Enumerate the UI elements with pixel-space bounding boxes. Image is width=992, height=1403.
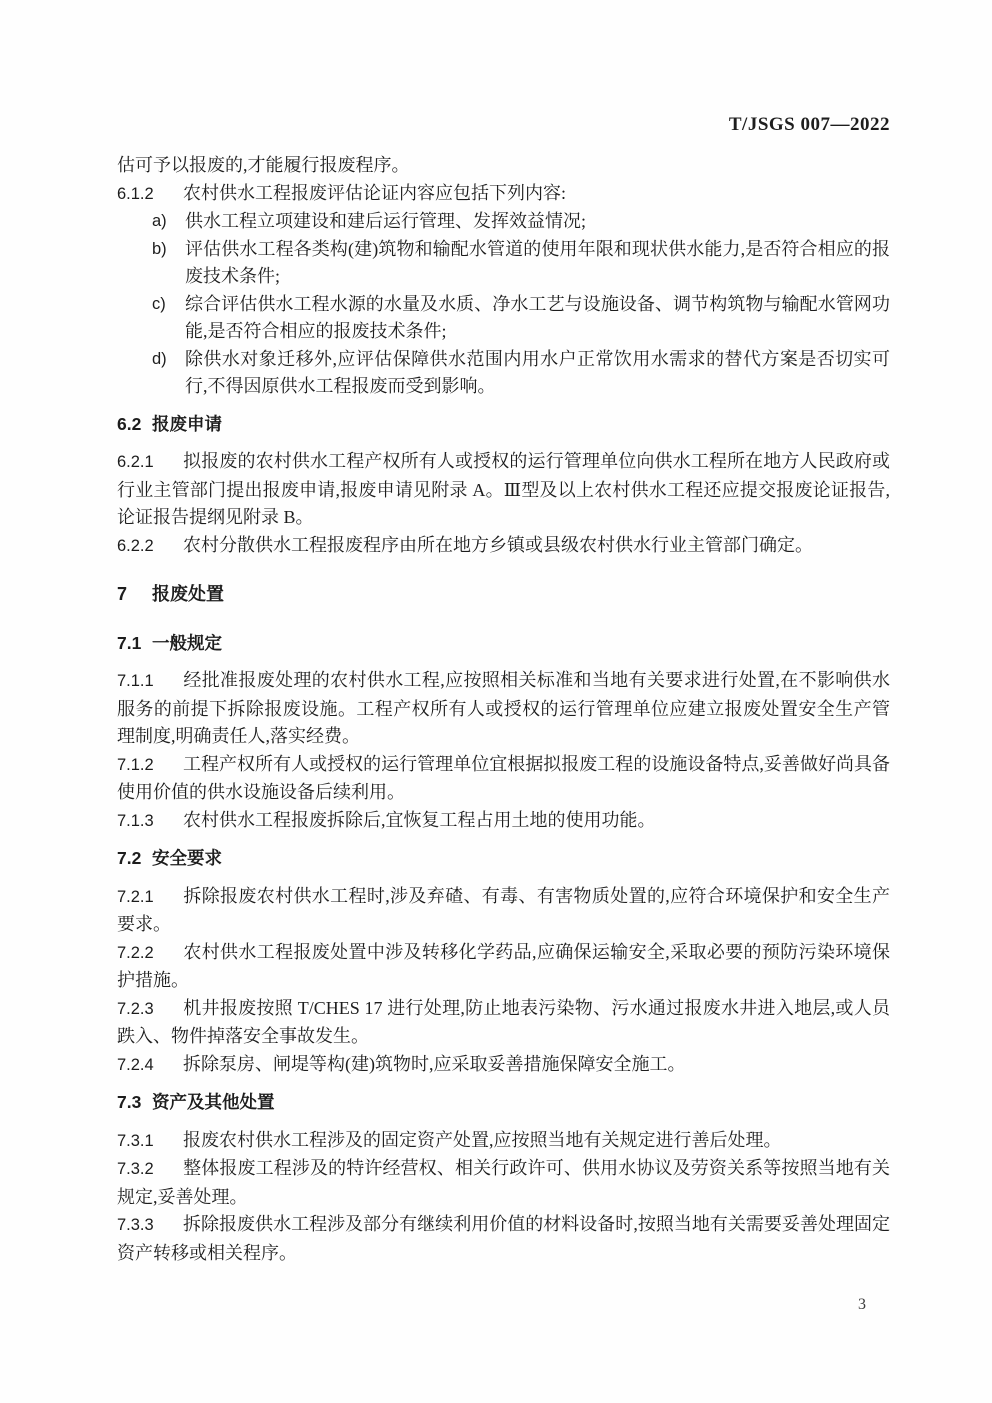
heading-title: 一般规定 <box>152 633 222 653</box>
list-item-marker: b) <box>152 236 167 264</box>
clause-number: 7.3.3 <box>117 1212 183 1240</box>
clause-number: 6.2.2 <box>117 533 183 561</box>
heading-title: 安全要求 <box>152 848 222 868</box>
list-item-marker: d) <box>152 346 167 374</box>
list-item-marker: a) <box>152 208 167 236</box>
clause-7-2-2: 7.2.2农村供水工程报废处置中涉及转移化学药品,应确保运输安全,采取必要的预防… <box>117 939 890 995</box>
clause-number: 6.1.2 <box>117 181 183 209</box>
intro-continuation-line: 估可予以报废的,才能履行报废程序。 <box>117 152 890 180</box>
clause-text: 机井报废按照 T/CHES 17 进行处理,防止地表污染物、污水通过报废水井进入… <box>117 998 890 1047</box>
chapter-7-heading: 7报废处置 <box>117 581 890 609</box>
heading-title: 资产及其他处置 <box>152 1092 275 1112</box>
heading-number: 6.2 <box>117 411 152 439</box>
heading-7-1: 7.1一般规定 <box>117 630 890 658</box>
clause-6-1-2: 6.1.2农村供水工程报废评估论证内容应包括下列内容: <box>117 180 890 209</box>
heading-number: 7.2 <box>117 845 152 873</box>
list-item-d: d) 除供水对象迁移外,应评估保障供水范围内用水户正常饮用水需求的替代方案是否切… <box>117 346 890 401</box>
clause-6-2-2: 6.2.2农村分散供水工程报废程序由所在地方乡镇或县级农村供水行业主管部门确定。 <box>117 532 890 561</box>
clause-7-2-3: 7.2.3机井报废按照 T/CHES 17 进行处理,防止地表污染物、污水通过报… <box>117 995 890 1051</box>
list-item-text: 综合评估供水工程水源的水量及水质、净水工艺与设施设备、调节构筑物与输配水管网功能… <box>185 294 890 342</box>
clause-number: 7.3.1 <box>117 1128 183 1156</box>
clause-text: 农村供水工程报废拆除后,宜恢复工程占用土地的使用功能。 <box>183 810 656 830</box>
heading-7-3: 7.3资产及其他处置 <box>117 1089 890 1117</box>
clause-6-2-1: 6.2.1拟报废的农村供水工程产权所有人或授权的运行管理单位向供水工程所在地方人… <box>117 448 890 532</box>
clause-text: 拆除报废供水工程涉及部分有继续利用价值的材料设备时,按照当地有关需要妥善处理固定… <box>117 1214 890 1263</box>
chapter-title: 报废处置 <box>152 584 224 604</box>
clause-text: 拆除报废农村供水工程时,涉及弃碴、有毒、有害物质处置的,应符合环境保护和安全生产… <box>117 886 890 935</box>
clause-number: 7.2.1 <box>117 884 183 912</box>
clause-text: 工程产权所有人或授权的运行管理单位宜根据拟报废工程的设施设备特点,妥善做好尚具备… <box>117 754 890 803</box>
list-item-a: a) 供水工程立项建设和建后运行管理、发挥效益情况; <box>117 208 890 236</box>
clause-number: 7.1.2 <box>117 752 183 780</box>
page-content: T/JSGS 007—2022 估可予以报废的,才能履行报废程序。 6.1.2农… <box>117 112 890 1267</box>
page-number: 3 <box>858 1295 866 1315</box>
clause-number: 6.2.1 <box>117 449 183 477</box>
list-item-text: 除供水对象迁移外,应评估保障供水范围内用水户正常饮用水需求的替代方案是否切实可行… <box>185 349 890 397</box>
clause-text: 农村供水工程报废处置中涉及转移化学药品,应确保运输安全,采取必要的预防污染环境保… <box>117 942 890 991</box>
clause-7-1-2: 7.1.2工程产权所有人或授权的运行管理单位宜根据拟报废工程的设施设备特点,妥善… <box>117 751 890 807</box>
list-item-text: 供水工程立项建设和建后运行管理、发挥效益情况; <box>185 211 586 231</box>
clause-number: 7.2.2 <box>117 940 183 968</box>
clause-7-3-2: 7.3.2整体报废工程涉及的特许经营权、相关行政许可、供用水协议及劳资关系等按照… <box>117 1155 890 1211</box>
heading-title: 报废申请 <box>152 414 222 434</box>
heading-6-2: 6.2报废申请 <box>117 411 890 439</box>
heading-7-2: 7.2安全要求 <box>117 845 890 873</box>
clause-number: 7.1.1 <box>117 668 183 696</box>
clause-7-1-3: 7.1.3农村供水工程报废拆除后,宜恢复工程占用土地的使用功能。 <box>117 807 890 836</box>
list-item-text: 评估供水工程各类构(建)筑物和输配水管道的使用年限和现状供水能力,是否符合相应的… <box>185 239 890 287</box>
clause-text: 拆除泵房、闸堤等构(建)筑物时,应采取妥善措施保障安全施工。 <box>183 1054 686 1074</box>
clause-7-3-1: 7.3.1报废农村供水工程涉及的固定资产处置,应按照当地有关规定进行善后处理。 <box>117 1127 890 1156</box>
list-item-c: c) 综合评估供水工程水源的水量及水质、净水工艺与设施设备、调节构筑物与输配水管… <box>117 291 890 346</box>
list-item-b: b) 评估供水工程各类构(建)筑物和输配水管道的使用年限和现状供水能力,是否符合… <box>117 236 890 291</box>
clause-7-3-3: 7.3.3拆除报废供水工程涉及部分有继续利用价值的材料设备时,按照当地有关需要妥… <box>117 1211 890 1267</box>
clause-text: 整体报废工程涉及的特许经营权、相关行政许可、供用水协议及劳资关系等按照当地有关规… <box>117 1158 890 1207</box>
document-page: T/JSGS 007—2022 估可予以报废的,才能履行报废程序。 6.1.2农… <box>0 0 992 1403</box>
clause-number: 7.1.3 <box>117 808 183 836</box>
clause-text: 农村分散供水工程报废程序由所在地方乡镇或县级农村供水行业主管部门确定。 <box>183 535 813 555</box>
clause-7-1-1: 7.1.1经批准报废处理的农村供水工程,应按照相关标准和当地有关要求进行处置,在… <box>117 667 890 751</box>
heading-number: 7.1 <box>117 630 152 658</box>
clause-7-2-4: 7.2.4拆除泵房、闸堤等构(建)筑物时,应采取妥善措施保障安全施工。 <box>117 1051 890 1080</box>
heading-number: 7.3 <box>117 1089 152 1117</box>
standard-code-header: T/JSGS 007—2022 <box>117 112 890 138</box>
chapter-number: 7 <box>117 581 152 609</box>
clause-text: 拟报废的农村供水工程产权所有人或授权的运行管理单位向供水工程所在地方人民政府或行… <box>117 451 890 527</box>
clause-number: 7.2.3 <box>117 996 183 1024</box>
list-item-marker: c) <box>152 291 166 319</box>
clause-text: 农村供水工程报废评估论证内容应包括下列内容: <box>183 183 566 203</box>
clause-text: 经批准报废处理的农村供水工程,应按照相关标准和当地有关要求进行处置,在不影响供水… <box>117 670 890 746</box>
clause-7-2-1: 7.2.1拆除报废农村供水工程时,涉及弃碴、有毒、有害物质处置的,应符合环境保护… <box>117 883 890 939</box>
clause-text: 报废农村供水工程涉及的固定资产处置,应按照当地有关规定进行善后处理。 <box>183 1130 782 1150</box>
clause-number: 7.3.2 <box>117 1156 183 1184</box>
clause-number: 7.2.4 <box>117 1052 183 1080</box>
